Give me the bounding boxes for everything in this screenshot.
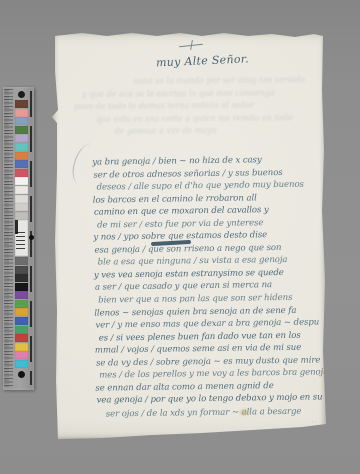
calibration-patch	[15, 186, 28, 194]
manuscript-page: muy Alte Señor. sona se la mando por ser…	[52, 31, 326, 440]
calibration-patch	[15, 343, 28, 351]
registration-dot-bottom	[18, 371, 25, 378]
calibration-patch	[15, 360, 28, 368]
ink-showthrough-text: sona se la mando por ser ansy tan seruid…	[74, 74, 319, 139]
calibration-patch	[15, 334, 28, 342]
calibration-patch	[15, 317, 28, 325]
calibration-patch	[15, 308, 28, 316]
paper-stain	[238, 408, 251, 417]
calibration-patch	[15, 134, 28, 142]
registration-dot-top-row	[15, 89, 28, 100]
strip-gray-upper	[15, 177, 28, 219]
calibration-patch	[15, 266, 28, 274]
calibration-patch	[15, 257, 28, 265]
ruler-scale	[4, 89, 13, 387]
showthrough-line: que esta en esa corte a quien me remito …	[96, 111, 318, 125]
calibration-patch	[15, 195, 28, 203]
registration-dot-top	[18, 91, 25, 98]
calibration-patch	[15, 169, 28, 177]
calibration-patch	[15, 143, 28, 151]
letter-body-text: ya bra genoja / bien ~ no hiza de x casy…	[93, 153, 323, 421]
calibration-patch	[15, 300, 28, 308]
calibration-patch	[15, 291, 28, 299]
showthrough-line: de genoua a xxv de mayo	[114, 124, 318, 138]
calibration-patch	[15, 177, 28, 185]
calibration-patch	[15, 160, 28, 168]
patch-column	[15, 89, 28, 380]
calibration-patch	[15, 100, 28, 108]
calibration-patch	[15, 109, 28, 117]
calibration-patch	[15, 126, 28, 134]
strip-mini-label	[15, 220, 28, 256]
strip-bottom-patches	[15, 291, 28, 368]
calibration-patch	[15, 351, 28, 359]
corner-notation: ··	[312, 419, 317, 425]
registration-dot-middle	[29, 235, 34, 240]
calibration-patch	[15, 117, 28, 125]
photograph-stage: muy Alte Señor. sona se la mando por ser…	[0, 0, 360, 474]
calibration-patch	[15, 152, 28, 160]
calibration-patch	[15, 212, 28, 220]
registration-dot-bottom-row	[15, 369, 28, 380]
calibration-patch	[15, 274, 28, 282]
calibration-patch	[15, 326, 28, 334]
showthrough-line: sona se la mando por ser ansy tan seruid…	[134, 74, 318, 88]
strip-gray-lower	[15, 257, 28, 291]
calibration-patch	[15, 203, 28, 211]
color-calibration-strip	[3, 87, 34, 390]
calibration-patch	[15, 283, 28, 291]
strip-top-patches	[15, 100, 28, 177]
cross-mark-icon	[179, 39, 203, 51]
